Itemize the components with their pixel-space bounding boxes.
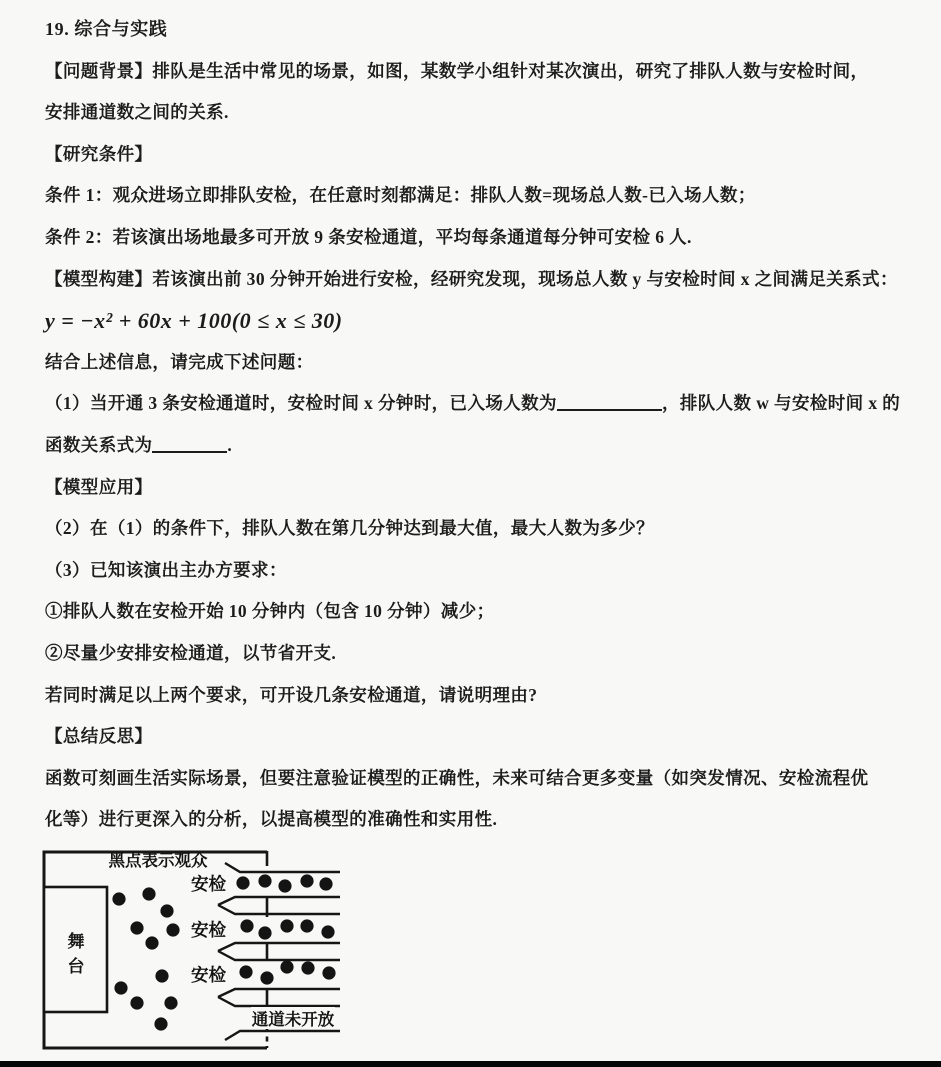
- problem-title: 19. 综合与实践: [45, 9, 903, 51]
- closed-lane-label: 通道未开放: [252, 1009, 335, 1029]
- audience-dot: [155, 969, 168, 982]
- section-header: 【模型应用】: [45, 477, 152, 497]
- text-line: 条件 2：若该演出场地最多可开放 9 条安检通道，平均每条通道每分钟可安检 6 …: [45, 217, 903, 259]
- audience-dot: [160, 904, 173, 917]
- audience-dot: [300, 919, 313, 932]
- text-line: 安排通道数之间的关系.: [45, 92, 903, 134]
- audience-dot: [301, 961, 314, 974]
- audience-dot: [260, 971, 273, 984]
- lane-divider: [218, 943, 340, 951]
- lane-divider: [218, 905, 340, 914]
- bottom-edge-bar: [0, 1061, 941, 1067]
- lane-divider: [218, 989, 340, 997]
- text-line: 若同时满足以上两个要求，可开设几条安检通道，请说明理由?: [45, 675, 903, 717]
- text-line: （1）当开通 3 条安检通道时，安检时间 x 分钟时，已入场人数为，排队人数 w…: [45, 383, 903, 425]
- audience-dot: [280, 960, 293, 973]
- audience-dot: [164, 996, 177, 1009]
- text-line: ②尽量少安排安检通道，以节省开支.: [45, 633, 903, 675]
- audience-dot: [166, 923, 179, 936]
- worksheet-page: 19. 综合与实践 【问题背景】排队是生活中常见的场景，如图，某数学小组针对某次…: [0, 0, 941, 1067]
- section-header: 【模型构建】: [45, 269, 152, 289]
- section-header: 【问题背景】: [45, 61, 152, 81]
- problem-text: 19. 综合与实践 【问题背景】排队是生活中常见的场景，如图，某数学小组针对某次…: [0, 0, 941, 841]
- lane-divider: [225, 863, 340, 872]
- lane-divider: [218, 951, 340, 960]
- text-line: 【模型应用】: [45, 467, 903, 509]
- audience-dots: [112, 887, 179, 1030]
- legend-label: 黑点表示观众: [109, 850, 209, 870]
- audience-dot: [114, 981, 127, 994]
- lane-divider: [218, 897, 340, 905]
- audience-dot: [280, 919, 293, 932]
- audience-dot: [236, 876, 249, 889]
- lane-divider: [225, 1031, 340, 1040]
- text-line: 函数关系式为.: [45, 425, 903, 467]
- audience-dot: [112, 892, 125, 905]
- text-line: 条件 1：观众进场立即排队安检，在任意时刻都满足：排队人数=现场总人数-已入场人…: [45, 175, 903, 217]
- text-line: 化等）进行更深入的分析，以提高模型的准确性和实用性.: [45, 799, 903, 841]
- venue-diagram: 舞台 黑点表示观众 安检 安检 安检 通道未开放: [40, 843, 345, 1058]
- lane-label: 安检: [191, 920, 226, 940]
- audience-dot: [142, 887, 155, 900]
- audience-dot: [258, 926, 271, 939]
- text-line: 【总结反思】: [45, 716, 903, 758]
- title-text: 19. 综合与实践: [45, 19, 167, 39]
- lane-label: 安检: [191, 965, 226, 985]
- audience-dot: [300, 874, 313, 887]
- answer-blank: [152, 450, 227, 453]
- audience-dot: [258, 874, 271, 887]
- audience-dot: [239, 965, 252, 978]
- text-line: 【研究条件】: [45, 134, 903, 176]
- audience-dot: [145, 936, 158, 949]
- answer-blank: [557, 408, 662, 411]
- text-line: 【问题背景】排队是生活中常见的场景，如图，某数学小组针对某次演出，研究了排队人数…: [45, 51, 903, 93]
- function-formula: y = −x² + 60x + 100(0 ≤ x ≤ 30): [45, 300, 903, 342]
- audience-dot: [322, 966, 335, 979]
- audience-dot: [278, 879, 291, 892]
- lane-dots: [236, 874, 335, 984]
- audience-dot: [240, 919, 253, 932]
- text-line: ①排队人数在安检开始 10 分钟内（包含 10 分钟）减少；: [45, 591, 903, 633]
- audience-dot: [321, 925, 334, 938]
- audience-dot: [154, 1017, 167, 1030]
- section-header: 【总结反思】: [45, 726, 152, 746]
- lane-divider: [218, 997, 340, 1006]
- lane-label: 安检: [191, 874, 226, 894]
- text-line: 【模型构建】若该演出前 30 分钟开始进行安检，经研究发现，现场总人数 y 与安…: [45, 259, 903, 301]
- text-line: 函数可刻画生活实际场景，但要注意验证模型的正确性，未来可结合更多变量（如突发情况…: [45, 758, 903, 800]
- text-line: （3）已知该演出主办方要求：: [45, 550, 903, 592]
- audience-dot: [130, 996, 143, 1009]
- audience-dot: [319, 877, 332, 890]
- audience-dot: [130, 921, 143, 934]
- section-header: 【研究条件】: [45, 144, 152, 164]
- text-line: （2）在（1）的条件下，排队人数在第几分钟达到最大值，最大人数为多少？: [45, 508, 903, 550]
- text-line: 结合上述信息，请完成下述问题：: [45, 342, 903, 384]
